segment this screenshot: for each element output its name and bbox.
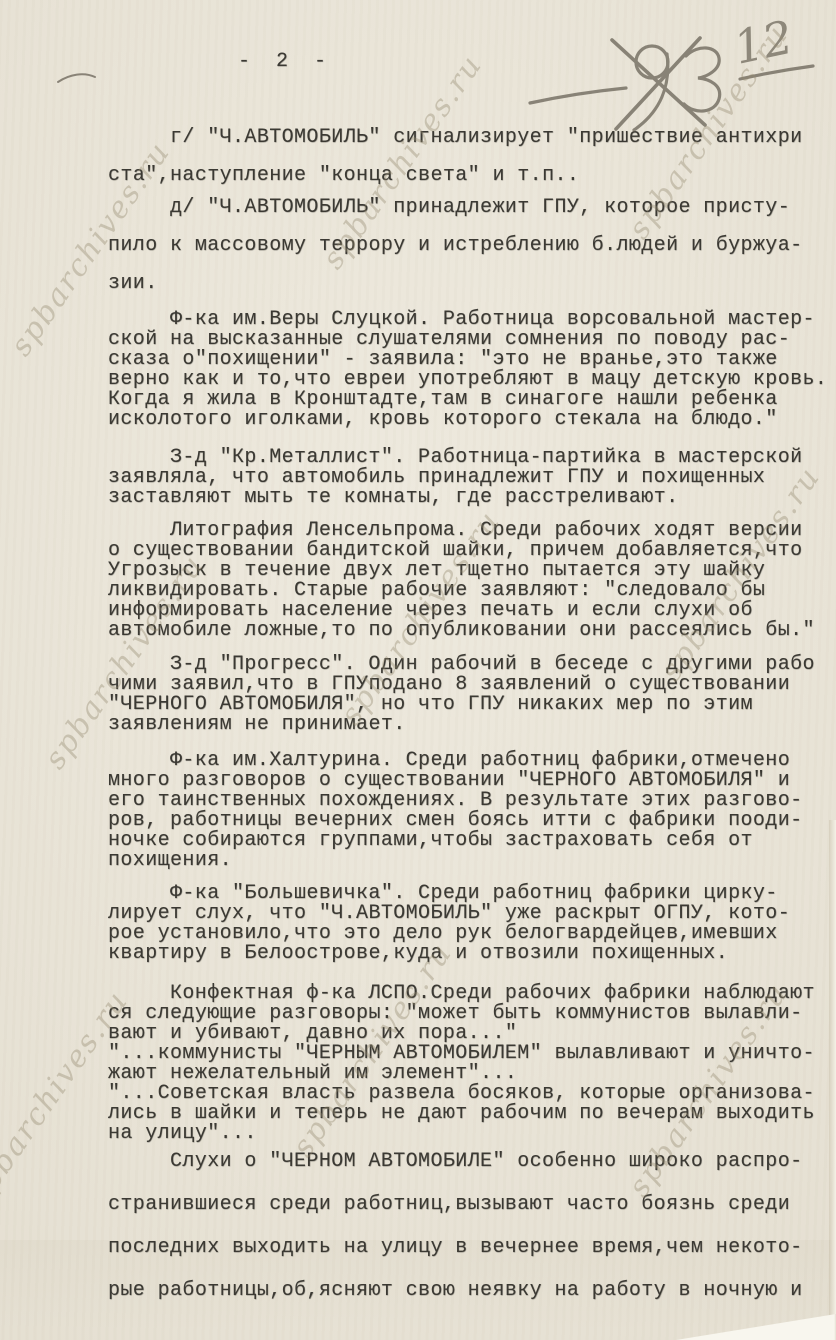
text-line: заставляют мыть те комнаты, где расстрел… [108, 486, 828, 506]
text-line: ликвидировать. Старые рабочие заявляют: … [108, 579, 828, 599]
text-line: пило к массовому террору и истреблению б… [108, 234, 828, 272]
text-line: Ф-ка им.Халтурина. Среди работниц фабрик… [108, 749, 828, 769]
text-line: рые работницы,об,ясняют свою неявку на р… [108, 1279, 828, 1322]
text-line: ночке собираются группами,чтобы застрахо… [108, 829, 828, 849]
text-line: "ЧЕРНОГО АВТОМОБИЛЯ", но что ГПУ никаких… [108, 693, 828, 713]
text-line: "...коммунисты "ЧЕРНЫМ АВТОМОБИЛЕМ" выла… [108, 1042, 828, 1062]
text-line: З-д "Кр.Металлист". Работница-партийка в… [108, 446, 828, 466]
paper-edge-right [829, 820, 836, 1340]
text-line: вают и убивают, давно их пора..." [108, 1022, 828, 1042]
text-line: о существовании бандитской шайки, причем… [108, 539, 828, 559]
text-line: Ф-ка "Большевичка". Среди работниц фабри… [108, 882, 828, 902]
text-block: г/ "Ч.АВТОМОБИЛЬ" сигнализирует "пришест… [0, 0, 836, 1340]
text-line: автомобиле ложные,то по опубликовании он… [108, 619, 828, 639]
text-line: похищения. [108, 849, 828, 869]
typewritten-paragraph: Ф-ка "Большевичка". Среди работниц фабри… [108, 882, 828, 962]
text-line: верно как и то,что евреи употребляют в м… [108, 368, 828, 388]
text-line: З-д "Прогресс". Один рабочий в беседе с … [108, 653, 828, 673]
typewritten-paragraph: З-д "Кр.Металлист". Работница-партийка в… [108, 446, 828, 506]
typewritten-paragraph: Литография Ленсельпрома. Среди рабочих х… [108, 519, 828, 639]
text-line: на улицу"... [108, 1122, 828, 1142]
typewritten-paragraph: З-д "Прогресс". Один рабочий в беседе с … [108, 653, 828, 733]
typewritten-paragraph: Ф-ка им.Веры Слуцкой. Работница ворсовал… [108, 308, 828, 428]
text-line: г/ "Ч.АВТОМОБИЛЬ" сигнализирует "пришест… [108, 126, 828, 164]
text-line: жают нежелательный им элемент"... [108, 1062, 828, 1082]
text-line: исколотого иголками, кровь которого стек… [108, 408, 828, 428]
text-line: зии. [108, 272, 828, 310]
text-line: д/ "Ч.АВТОМОБИЛЬ" принадлежит ГПУ, котор… [108, 196, 828, 234]
text-line: лирует слух, что "Ч.АВТОМОБИЛЬ" уже раск… [108, 902, 828, 922]
text-line: заявлениям не принимает. [108, 713, 828, 733]
typewritten-paragraph: Конфектная ф-ка ЛСПО.Среди рабочих фабри… [108, 982, 828, 1142]
text-line: ся следующие разговоры: "может быть комм… [108, 1002, 828, 1022]
text-line: последних выходить на улицу в вечернее в… [108, 1236, 828, 1279]
text-line: Ф-ка им.Веры Слуцкой. Работница ворсовал… [108, 308, 828, 328]
document-page: - 2 - г/ "Ч.АВТОМОБИЛЬ" сигнализирует "п… [0, 0, 836, 1340]
typewritten-paragraph: Ф-ка им.Халтурина. Среди работниц фабрик… [108, 749, 828, 869]
typewritten-paragraph: д/ "Ч.АВТОМОБИЛЬ" принадлежит ГПУ, котор… [108, 196, 828, 310]
typewritten-paragraph: Слухи о "ЧЕРНОМ АВТОМОБИЛЕ" особенно шир… [108, 1150, 828, 1322]
text-line: ров, работницы вечерних смен боясь итти … [108, 809, 828, 829]
text-line: чими заявил,что в ГПУподано 8 заявлений … [108, 673, 828, 693]
text-line: лись в шайки и теперь не дают рабочим по… [108, 1102, 828, 1122]
text-line: Когда я жила в Кронштадте,там в синагоге… [108, 388, 828, 408]
text-line: сказа о"похищении" - заявила: "это не вр… [108, 348, 828, 368]
text-line: Угрозыск в течение двух лет тщетно пытае… [108, 559, 828, 579]
text-line: "...Советская власть развела босяков, ко… [108, 1082, 828, 1102]
text-line: много разговоров о существовании "ЧЕРНОГ… [108, 769, 828, 789]
text-line: его таинственных похождениях. В результа… [108, 789, 828, 809]
text-line: Слухи о "ЧЕРНОМ АВТОМОБИЛЕ" особенно шир… [108, 1150, 828, 1193]
text-line: рое установило,что это дело рук белогвар… [108, 922, 828, 942]
text-line: заявляла, что автомобиль принадлежит ГПУ… [108, 466, 828, 486]
text-line: Литография Ленсельпрома. Среди рабочих х… [108, 519, 828, 539]
text-line: Конфектная ф-ка ЛСПО.Среди рабочих фабри… [108, 982, 828, 1002]
text-line: ской на высказанные слушателями сомнения… [108, 328, 828, 348]
text-line: квартиру в Белоострове,куда и отвозили п… [108, 942, 828, 962]
text-line: информировать население через печать и е… [108, 599, 828, 619]
typewritten-paragraph: г/ "Ч.АВТОМОБИЛЬ" сигнализирует "пришест… [108, 126, 828, 202]
text-line: странившиеся среди работниц,вызывают час… [108, 1193, 828, 1236]
